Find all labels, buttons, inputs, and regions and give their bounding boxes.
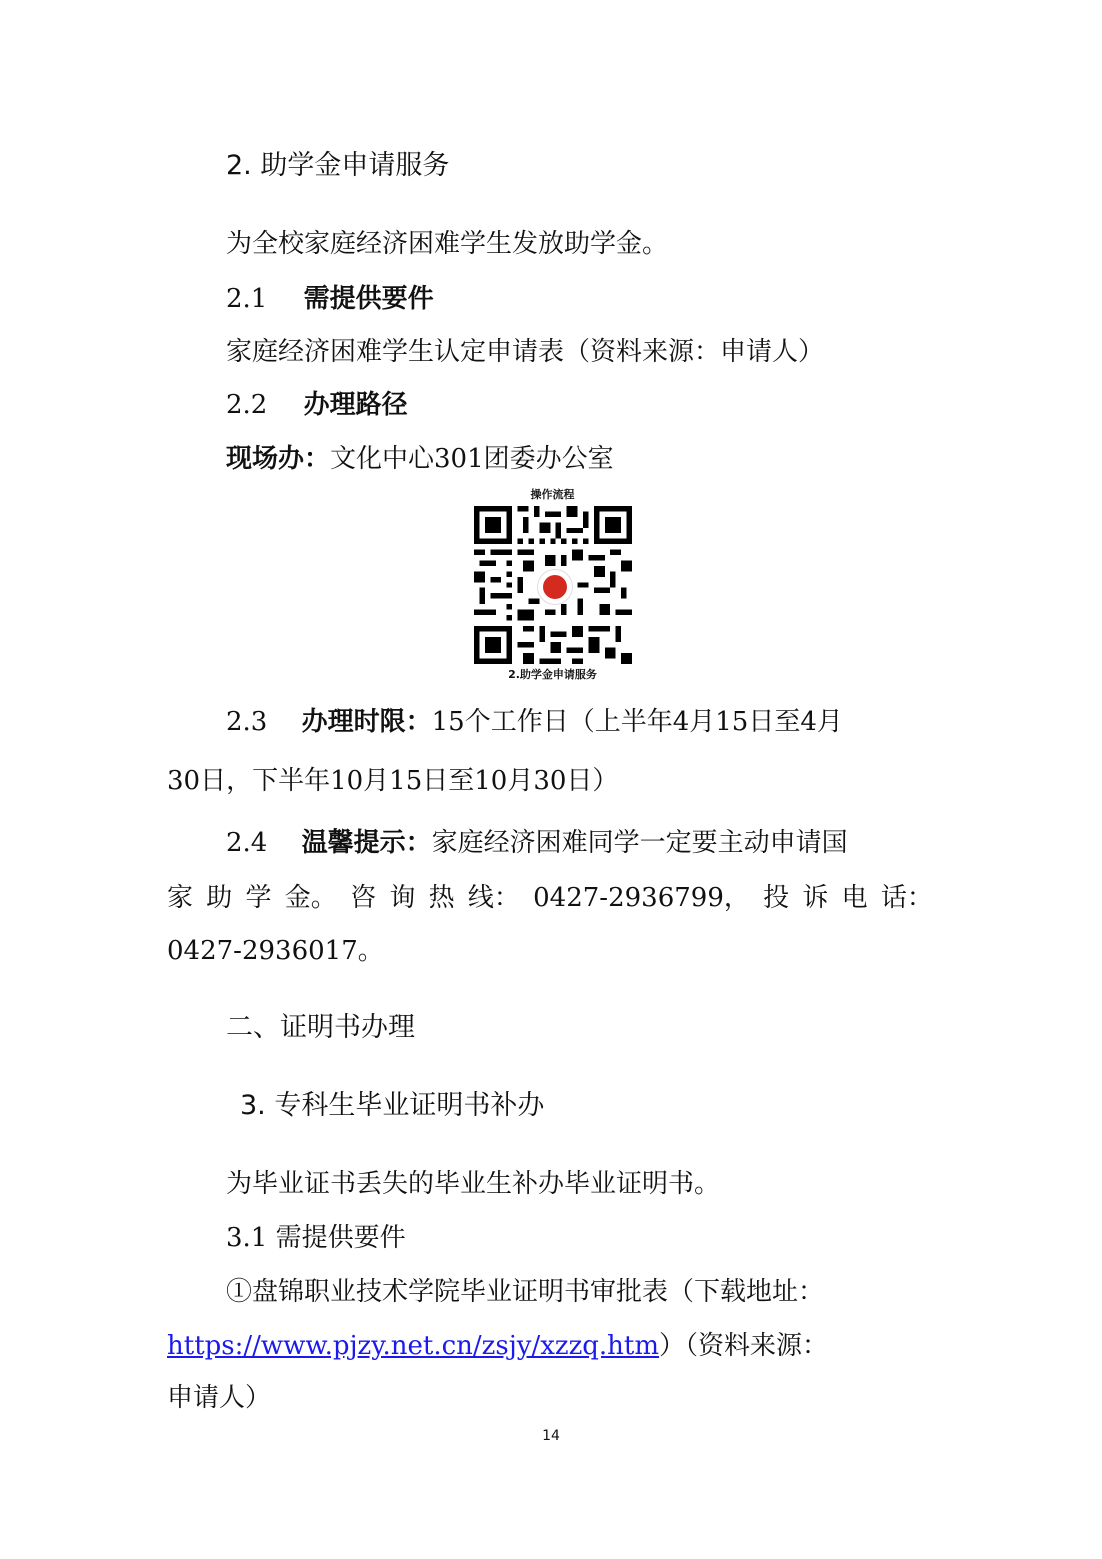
subsection-title: 办理路径: [304, 390, 408, 420]
subsection-title: 需提供要件: [304, 284, 434, 314]
document-page: 2. 助学金申请服务 为全校家庭经济困难学生发放助学金。 2.1 需提供要件 家…: [0, 0, 1102, 1559]
subsection-number: 2.1: [226, 284, 267, 314]
tip-char: 学: [246, 882, 272, 914]
tip-char: 话：: [881, 882, 933, 914]
subsection-title: 温馨提示：: [302, 828, 432, 858]
required-document: 家庭经济困难学生认定申请表（资料来源：申请人）: [226, 336, 824, 368]
subsection-2-3-line1: 2.3 办理时限：15个工作日（上半年4月15日至4月: [226, 706, 843, 738]
section-heading-3: 3. 专科生毕业证明书补办: [240, 1090, 544, 1122]
tip-char: 诉: [802, 882, 828, 914]
required-item-1-line2: https://www.pjzy.net.cn/zsjy/xzzq.htm）（资…: [167, 1330, 828, 1362]
subsection-2-4-line1: 2.4 温馨提示：家庭经济困难同学一定要主动申请国: [226, 827, 848, 859]
tip-char: 电: [842, 882, 868, 914]
qr-bottom-caption: 2.助学金申请服务: [450, 668, 655, 682]
required-item-1-line1: ①盘锦职业技术学院毕业证明书审批表（下载地址：: [226, 1276, 824, 1308]
tip-char: 助: [206, 882, 232, 914]
subsection-number: 2.3: [226, 707, 267, 737]
subsection-3-1-heading: 3.1 需提供要件: [226, 1222, 406, 1254]
onsite-label: 现场办：: [226, 444, 330, 474]
source-note: ）（资料来源：: [659, 1331, 828, 1361]
tip-char: 投: [763, 882, 789, 914]
subsection-title: 办理时限：: [302, 707, 432, 737]
school-logo-icon: [538, 570, 572, 604]
tip-char: 金。: [285, 882, 337, 914]
onsite-address: 文化中心301团委办公室: [330, 444, 614, 474]
hotline-number: 0427-2936799，: [533, 882, 750, 914]
qr-code-block: 操作流程: [450, 488, 655, 700]
subsection-number: 2.4: [226, 828, 267, 858]
section-heading-2: 2. 助学金申请服务: [226, 150, 449, 182]
chapter-heading: 二、证明书办理: [226, 1012, 415, 1044]
required-item-1-line3: 申请人）: [167, 1382, 271, 1414]
complaint-number: 0427-2936017。: [167, 935, 384, 967]
processing-time: 15个工作日（上半年4月15日至4月: [432, 707, 843, 737]
tip-char: 家: [167, 882, 193, 914]
section-intro: 为毕业证书丢失的毕业生补办毕业证明书。: [226, 1168, 720, 1200]
tip-char: 线：: [468, 882, 520, 914]
qr-code-icon: [474, 506, 632, 664]
tip-char: 询: [389, 882, 415, 914]
onsite-location: 现场办：文化中心301团委办公室: [226, 443, 614, 475]
subsection-2-3-line2: 30日，下半年10月15日至10月30日）: [167, 765, 618, 797]
qr-top-caption: 操作流程: [450, 488, 655, 502]
tip-char: 热: [429, 882, 455, 914]
subsection-2-2-heading: 2.2 办理路径: [226, 389, 408, 421]
subsection-2-1-heading: 2.1 需提供要件: [226, 283, 434, 315]
subsection-number: 2.2: [226, 390, 267, 420]
subsection-2-4-line2: 家 助 学 金。 咨 询 热 线： 0427-2936799， 投 诉 电 话：: [167, 882, 933, 914]
tip-char: 咨: [350, 882, 376, 914]
download-link[interactable]: https://www.pjzy.net.cn/zsjy/xzzq.htm: [167, 1331, 659, 1361]
page-number: 14: [0, 1428, 1102, 1444]
section-intro: 为全校家庭经济困难学生发放助学金。: [226, 228, 668, 260]
tip-text: 家庭经济困难同学一定要主动申请国: [432, 828, 848, 858]
